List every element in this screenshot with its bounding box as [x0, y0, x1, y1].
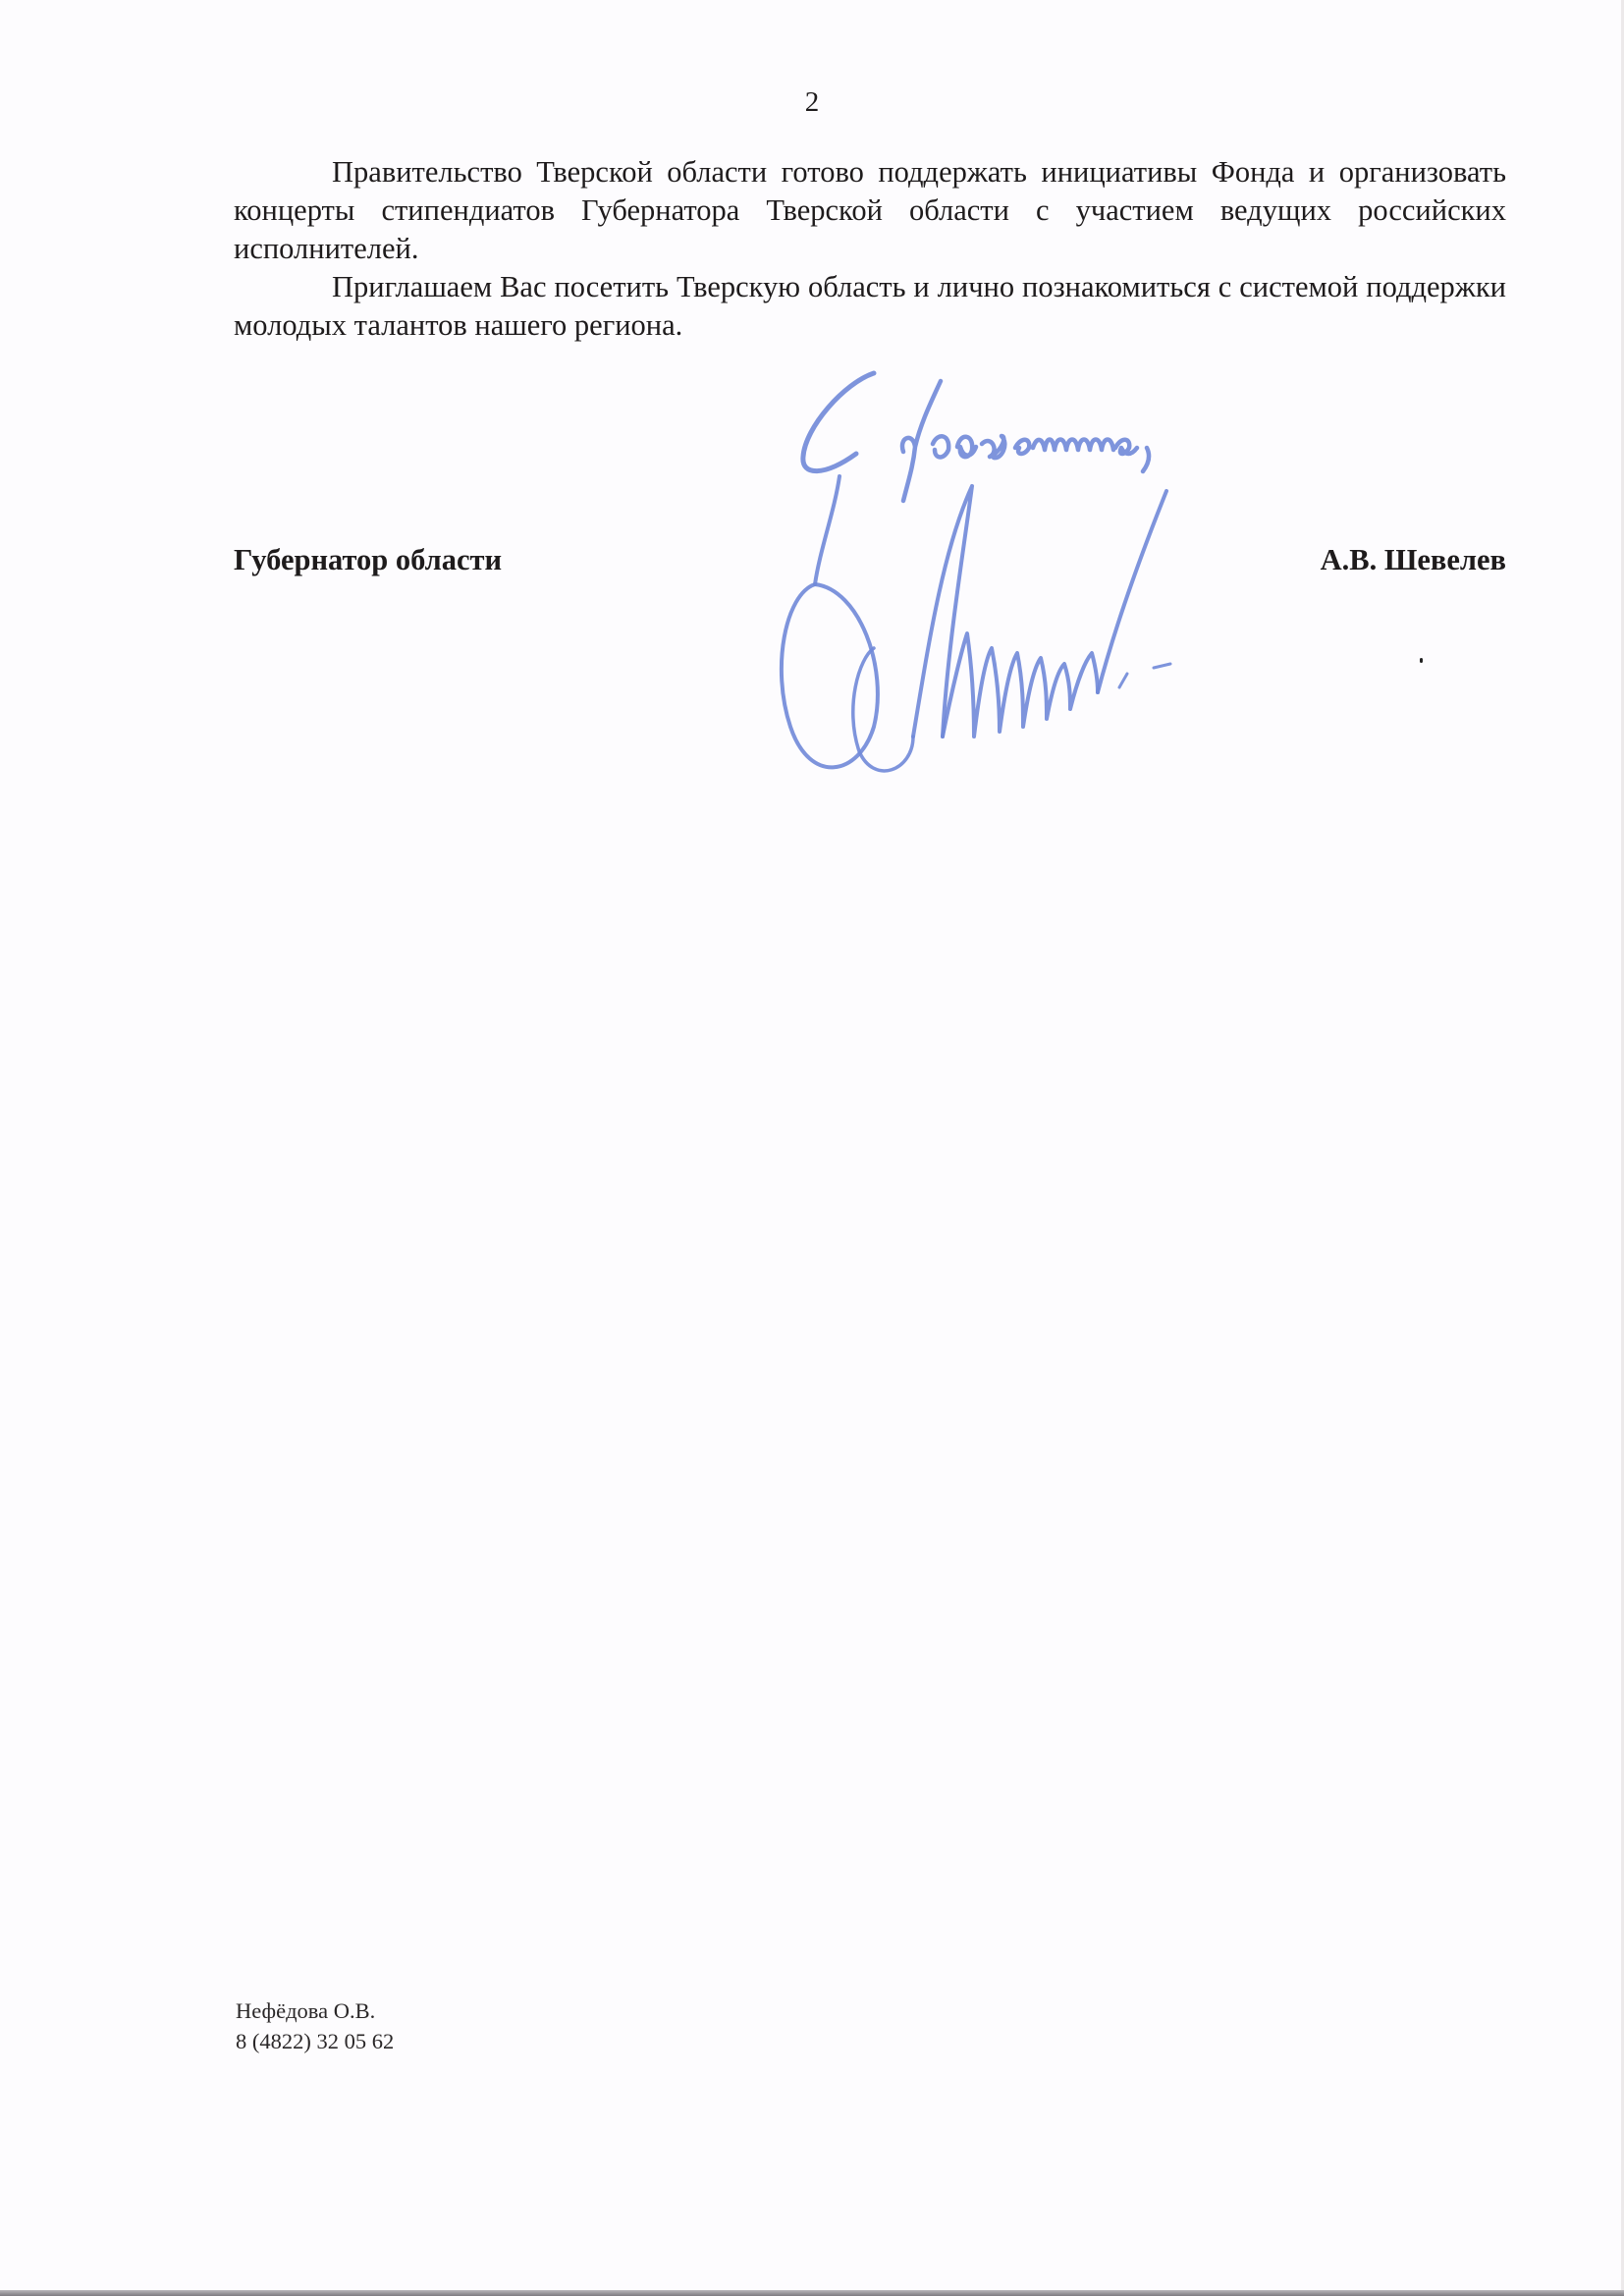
- paragraph-invitation: Приглашаем Вас посетить Тверскую область…: [234, 268, 1506, 345]
- executor-phone: 8 (4822) 32 05 62: [236, 2026, 394, 2056]
- scan-speck: [1420, 658, 1423, 663]
- letter-body: Правительство Тверской области готово по…: [234, 153, 1506, 345]
- signature-block: Губернатор области А.В. Шевелев: [234, 540, 1506, 579]
- paragraph-support-initiatives: Правительство Тверской области готово по…: [234, 153, 1506, 268]
- signer-name: А.В. Шевелев: [1321, 540, 1506, 579]
- footer-executor-info: Нефёдова О.В. 8 (4822) 32 05 62: [236, 1995, 394, 2056]
- handwritten-closing: [803, 373, 874, 471]
- scan-edge-bottom: [0, 2290, 1624, 2296]
- page-number: 2: [0, 86, 1624, 118]
- executor-name: Нефёдова О.В.: [236, 1995, 394, 2026]
- signer-position: Губернатор области: [234, 540, 502, 579]
